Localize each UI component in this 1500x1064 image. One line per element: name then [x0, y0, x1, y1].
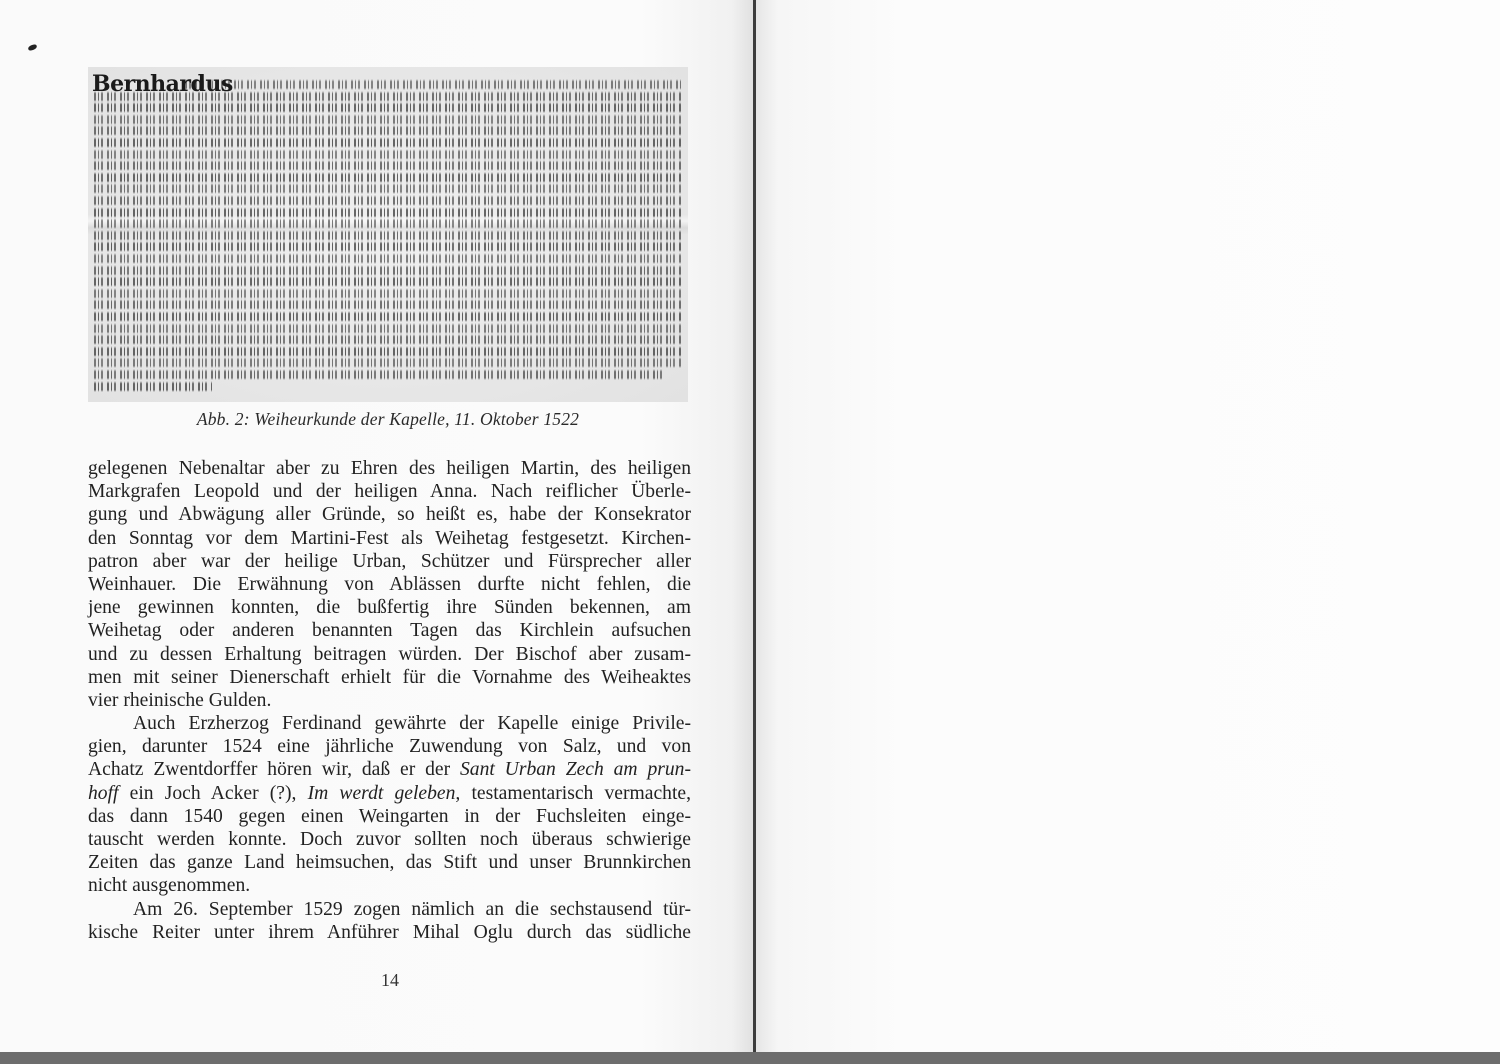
manuscript-line [94, 357, 682, 368]
manuscript-line [94, 323, 682, 334]
text-line: gung und Abwägung aller Gründe, so heißt… [88, 503, 691, 526]
text-line: jene gewinnen konnten, die bußfertig ihr… [88, 596, 691, 619]
manuscript-line [94, 381, 212, 392]
text-line: das dann 1540 gegen einen Weingarten in … [88, 805, 691, 828]
text-line: gelegenen Nebenaltar aber zu Ehren des h… [88, 457, 691, 480]
manuscript-line [94, 207, 682, 218]
text-line: tauscht werden konnte. Doch zuvor sollte… [88, 828, 691, 851]
text-line: patron aber war der heilige Urban, Schüt… [88, 550, 691, 573]
manuscript-opening-word: Bernhardus [92, 71, 233, 97]
manuscript-line [94, 311, 682, 322]
figure-caption: Abb. 2: Weiheurkunde der Kapelle, 11. Ok… [88, 409, 688, 430]
manuscript-line [94, 172, 682, 183]
manuscript-line [94, 230, 682, 241]
book-spread: Bernhardus Abb. 2: Weiheurkunde der Kape… [0, 0, 1500, 1052]
text-line: Weihetag oder anderen benannten Tagen da… [88, 619, 691, 642]
manuscript-line [94, 195, 682, 206]
manuscript-line [94, 346, 682, 357]
text-line: kische Reiter unter ihrem Anführer Mihal… [88, 921, 691, 944]
text-line: Achatz Zwentdorffer hören wir, daß er de… [88, 758, 691, 781]
manuscript-line [94, 183, 682, 194]
manuscript-line [94, 369, 662, 380]
manuscript-line [94, 149, 682, 160]
manuscript-line [94, 276, 682, 287]
manuscript-figure: Bernhardus [88, 67, 688, 402]
manuscript-line [94, 160, 682, 171]
text-line: vier rheinische Gulden. [88, 689, 691, 712]
text-line: den Sonntag vor dem Martini-Fest als Wei… [88, 527, 691, 550]
text-line: Auch Erzherzog Ferdinand gewährte der Ka… [88, 712, 691, 735]
text-line: Am 26. September 1529 zogen nämlich an d… [88, 898, 691, 921]
text-line: nicht ausgenommen. [88, 874, 691, 897]
manuscript-line [94, 265, 682, 276]
text-line: und zu dessen Erhaltung beitragen würden… [88, 643, 691, 666]
manuscript-line [94, 253, 682, 264]
manuscript-line [94, 114, 682, 125]
manuscript-line [94, 299, 682, 310]
manuscript-line [182, 79, 682, 90]
right-page: Tullnerfeld, St. Andrä, Königstetten, Tu… [756, 0, 1500, 1052]
manuscript-line [94, 137, 682, 148]
text-line: gien, darunter 1524 eine jährliche Zuwen… [88, 735, 691, 758]
left-page: Bernhardus Abb. 2: Weiheurkunde der Kape… [0, 0, 754, 1052]
text-line: Zeiten das ganze Land heimsuchen, das St… [88, 851, 691, 874]
scanner-background [0, 1052, 1500, 1064]
manuscript-line [94, 334, 682, 345]
manuscript-line [94, 288, 682, 299]
text-line: hoff ein Joch Acker (?), Im werdt gelebe… [88, 782, 691, 805]
manuscript-line [94, 102, 682, 113]
ink-mark [27, 44, 37, 52]
text-line: Weinhauer. Die Erwähnung von Ablässen du… [88, 573, 691, 596]
manuscript-script-lines [94, 79, 682, 396]
left-page-body-text: gelegenen Nebenaltar aber zu Ehren des h… [88, 457, 691, 944]
manuscript-line [94, 218, 682, 229]
manuscript-line [94, 241, 682, 252]
text-line: men mit seiner Dienerschaft erhielt für … [88, 666, 691, 689]
page-number-left: 14 [360, 970, 420, 991]
manuscript-line [94, 125, 682, 136]
text-line: Markgrafen Leopold und der heiligen Anna… [88, 480, 691, 503]
